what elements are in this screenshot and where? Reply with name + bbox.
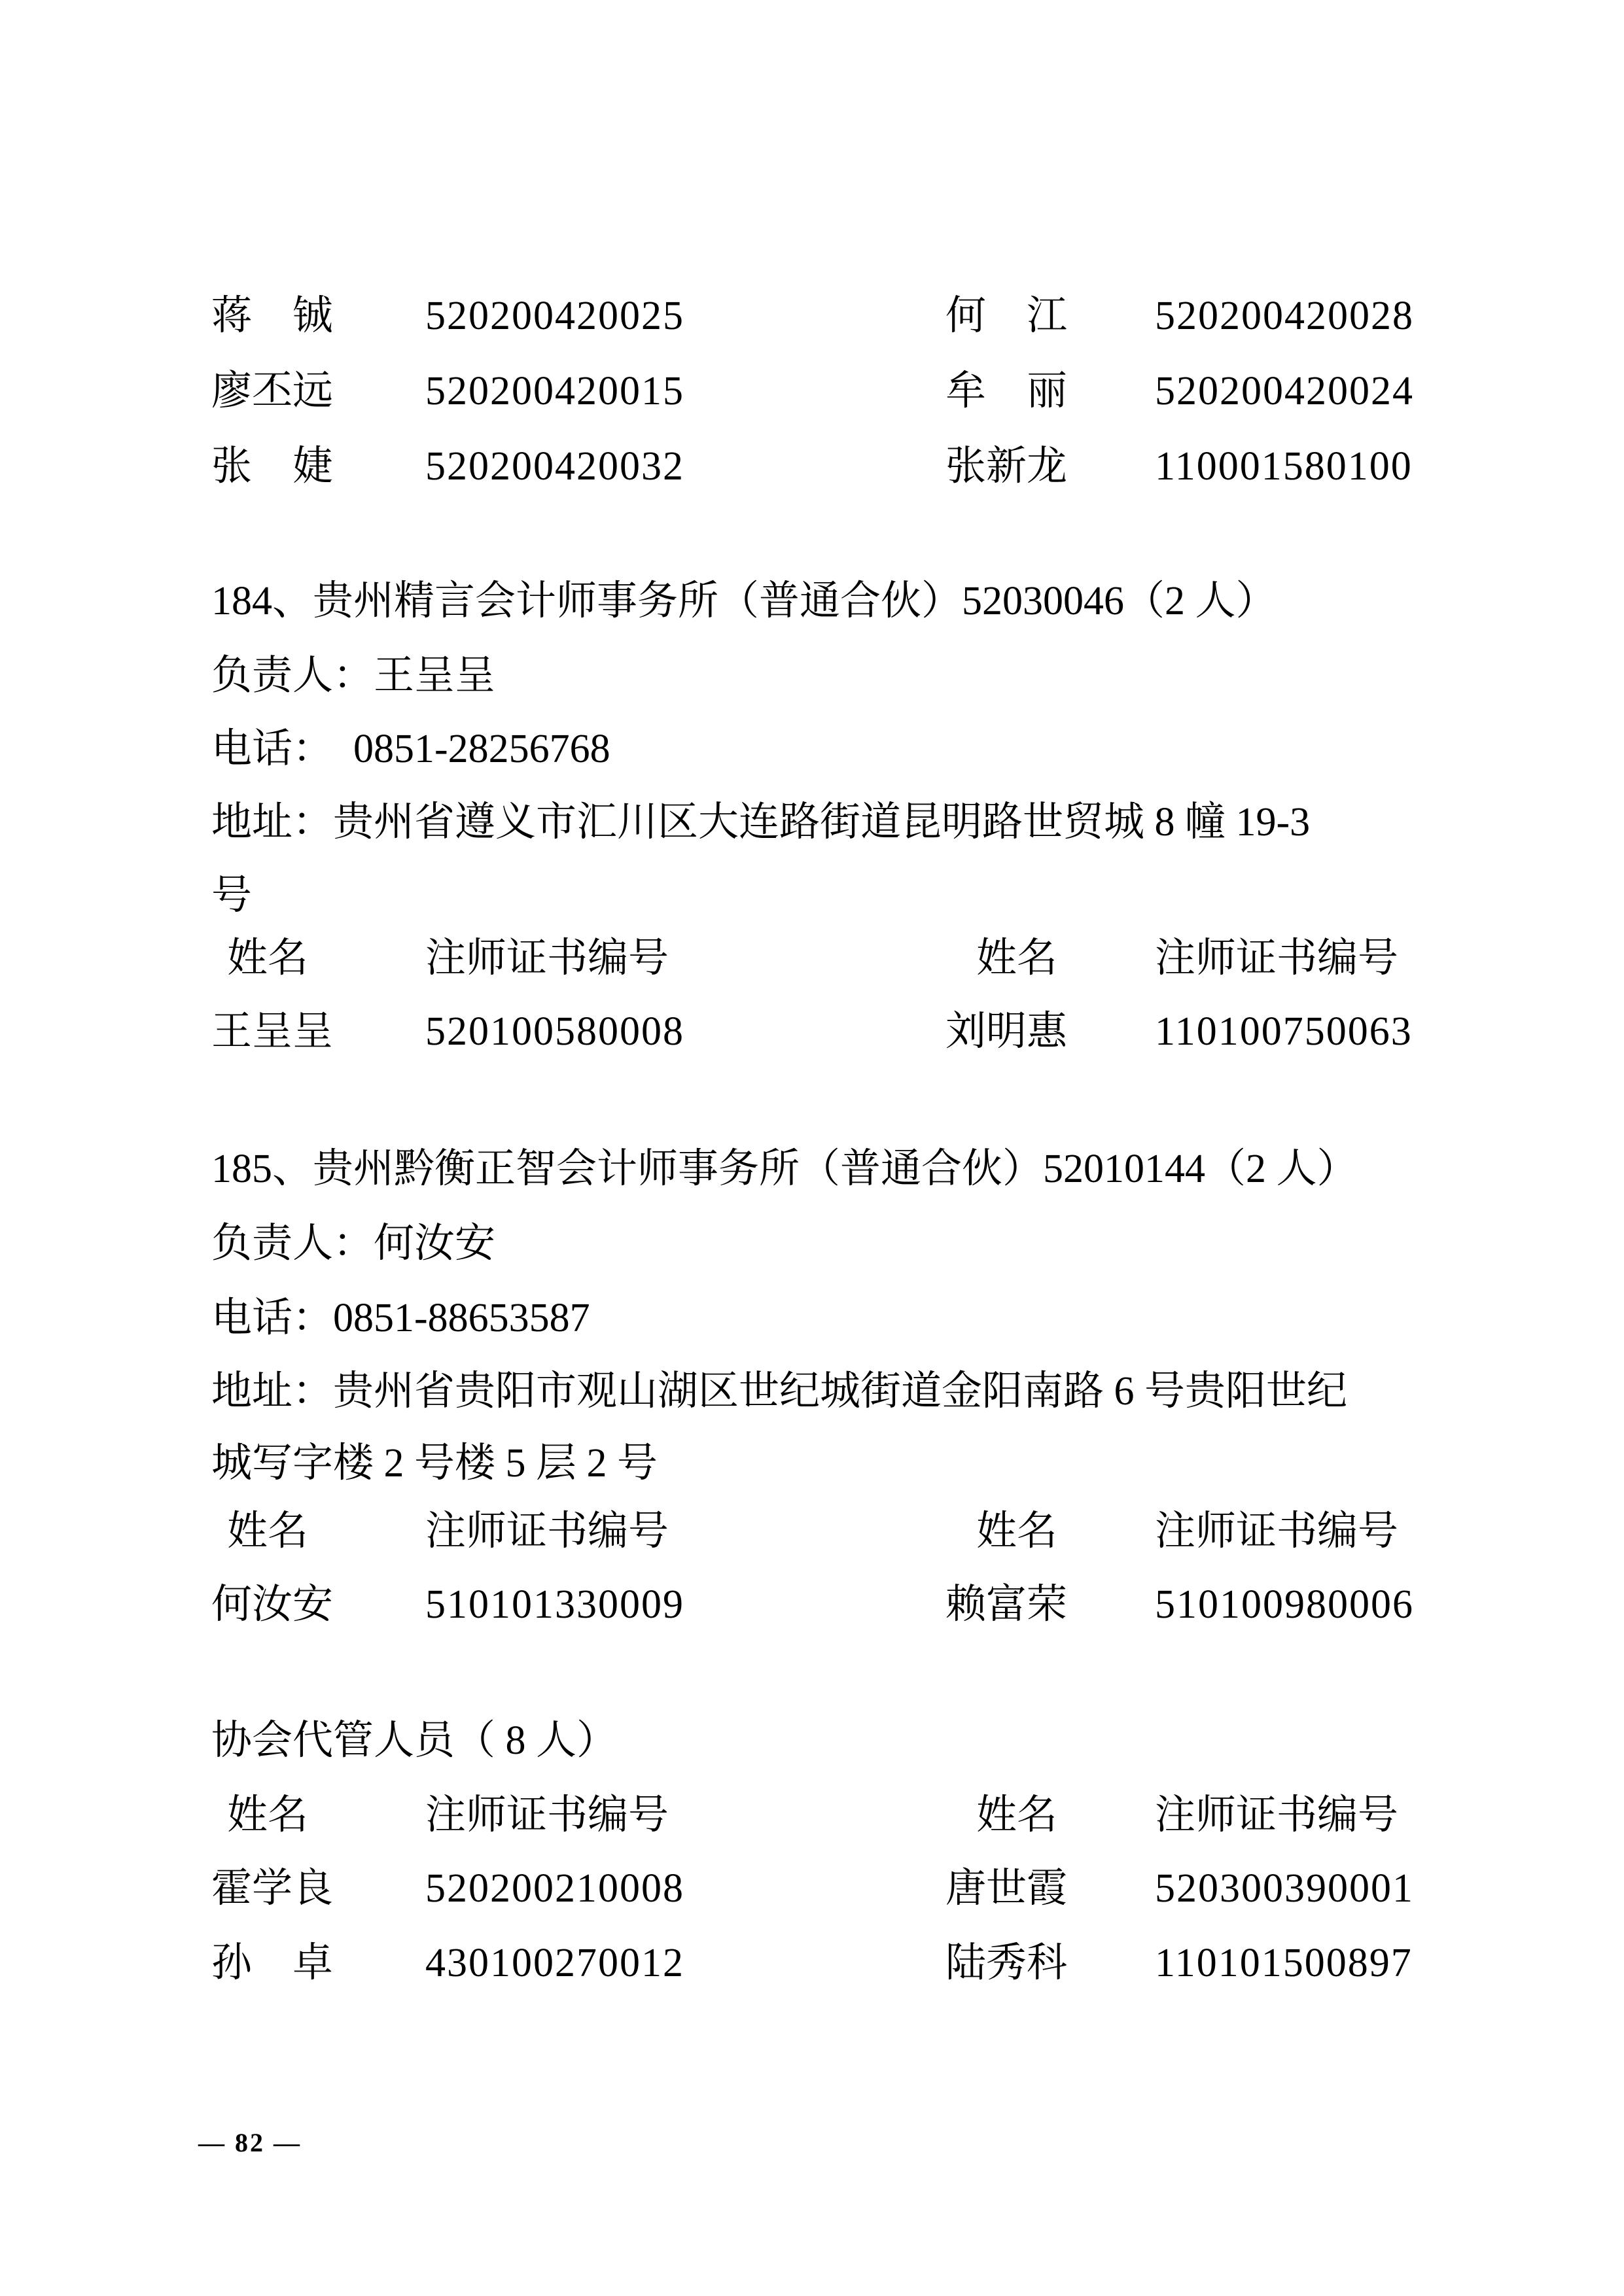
- accountant-name: 张 婕: [211, 444, 333, 490]
- association-heading: 协会代管人员（ 8 人）: [211, 1718, 617, 1764]
- document-page: 蒋 铖 520200420025 何 江 520200420028 廖丕远 52…: [0, 0, 1624, 2296]
- accountant-name: 张新龙: [945, 444, 1067, 490]
- name-column-header: 姓名: [227, 935, 308, 982]
- cert-column-header: 注师证书编号: [425, 1792, 669, 1839]
- firm-185-title: 185、贵州黔衡正智会计师事务所（普通合伙）52010144（2 人）: [211, 1146, 1358, 1192]
- cert-column-header: 注师证书编号: [1155, 1792, 1398, 1839]
- cert-number: 520200420032: [425, 444, 684, 490]
- firm-185-phone: 电话：0851-88653587: [211, 1295, 590, 1342]
- accountant-name: 孙 卓: [211, 1940, 333, 1987]
- name-column-header: 姓名: [976, 935, 1057, 982]
- firm-185-address-line1: 地址：贵州省贵阳市观山湖区世纪城街道金阳南路 6 号贵阳世纪: [211, 1368, 1347, 1415]
- cert-column-header: 注师证书编号: [425, 935, 669, 982]
- table-header: 姓名 注师证书编号 姓名 注师证书编号: [0, 935, 1624, 988]
- table-row: 王呈呈 520100580008 刘明惠 110100750063: [0, 1009, 1624, 1061]
- cert-number: 520200420024: [1155, 368, 1414, 415]
- accountant-name: 王呈呈: [211, 1009, 333, 1055]
- cert-number: 110101500897: [1155, 1940, 1413, 1987]
- cert-number: 520100580008: [425, 1009, 684, 1055]
- cert-number: 520200210008: [425, 1866, 684, 1912]
- name-column-header: 姓名: [227, 1508, 308, 1555]
- accountant-name: 何汝安: [211, 1582, 333, 1628]
- accountant-name: 何 江: [945, 293, 1067, 339]
- cert-number: 110100750063: [1155, 1009, 1413, 1055]
- accountant-name: 唐世霞: [945, 1866, 1067, 1912]
- cert-number: 430100270012: [425, 1940, 684, 1987]
- table-row: 张 婕 520200420032 张新龙 110001580100: [0, 444, 1624, 496]
- cert-number: 510100980006: [1155, 1582, 1414, 1628]
- page-number: — 82 —: [198, 2127, 302, 2158]
- table-header: 姓名 注师证书编号 姓名 注师证书编号: [0, 1792, 1624, 1845]
- accountant-name: 刘明惠: [945, 1009, 1067, 1055]
- cert-number: 520200420025: [425, 293, 684, 339]
- firm-184-address-line2: 号: [211, 873, 252, 919]
- table-row: 何汝安 510101330009 赖富荣 510100980006: [0, 1582, 1624, 1634]
- cert-number: 110001580100: [1155, 444, 1413, 490]
- firm-185-leader: 负责人：何汝安: [211, 1221, 495, 1267]
- cert-number: 520200420028: [1155, 293, 1414, 339]
- cert-number: 510101330009: [425, 1582, 684, 1628]
- accountant-name: 廖丕远: [211, 368, 333, 415]
- cert-number: 520300390001: [1155, 1866, 1414, 1912]
- table-row: 蒋 铖 520200420025 何 江 520200420028: [0, 293, 1624, 345]
- name-column-header: 姓名: [976, 1508, 1057, 1555]
- firm-184-address-line1: 地址：贵州省遵义市汇川区大连路街道昆明路世贸城 8 幢 19-3: [211, 799, 1310, 846]
- accountant-name: 牟 丽: [945, 368, 1067, 415]
- cert-column-header: 注师证书编号: [1155, 1508, 1398, 1555]
- name-column-header: 姓名: [227, 1792, 308, 1839]
- cert-column-header: 注师证书编号: [425, 1508, 669, 1555]
- cert-number: 520200420015: [425, 368, 684, 415]
- accountant-name: 陆秀科: [945, 1940, 1067, 1987]
- firm-185-address-line2: 城写字楼 2 号楼 5 层 2 号: [211, 1440, 658, 1487]
- accountant-name: 蒋 铖: [211, 293, 333, 339]
- table-row: 孙 卓 430100270012 陆秀科 110101500897: [0, 1940, 1624, 1992]
- table-row: 霍学良 520200210008 唐世霞 520300390001: [0, 1866, 1624, 1918]
- firm-184-leader: 负责人：王呈呈: [211, 653, 495, 699]
- table-row: 廖丕远 520200420015 牟 丽 520200420024: [0, 368, 1624, 421]
- firm-184-phone: 电话： 0851-28256768: [211, 726, 610, 773]
- name-column-header: 姓名: [976, 1792, 1057, 1839]
- accountant-name: 霍学良: [211, 1866, 333, 1912]
- table-header: 姓名 注师证书编号 姓名 注师证书编号: [0, 1508, 1624, 1561]
- accountant-name: 赖富荣: [945, 1582, 1067, 1628]
- cert-column-header: 注师证书编号: [1155, 935, 1398, 982]
- firm-184-title: 184、贵州精言会计师事务所（普通合伙）52030046（2 人）: [211, 578, 1277, 625]
